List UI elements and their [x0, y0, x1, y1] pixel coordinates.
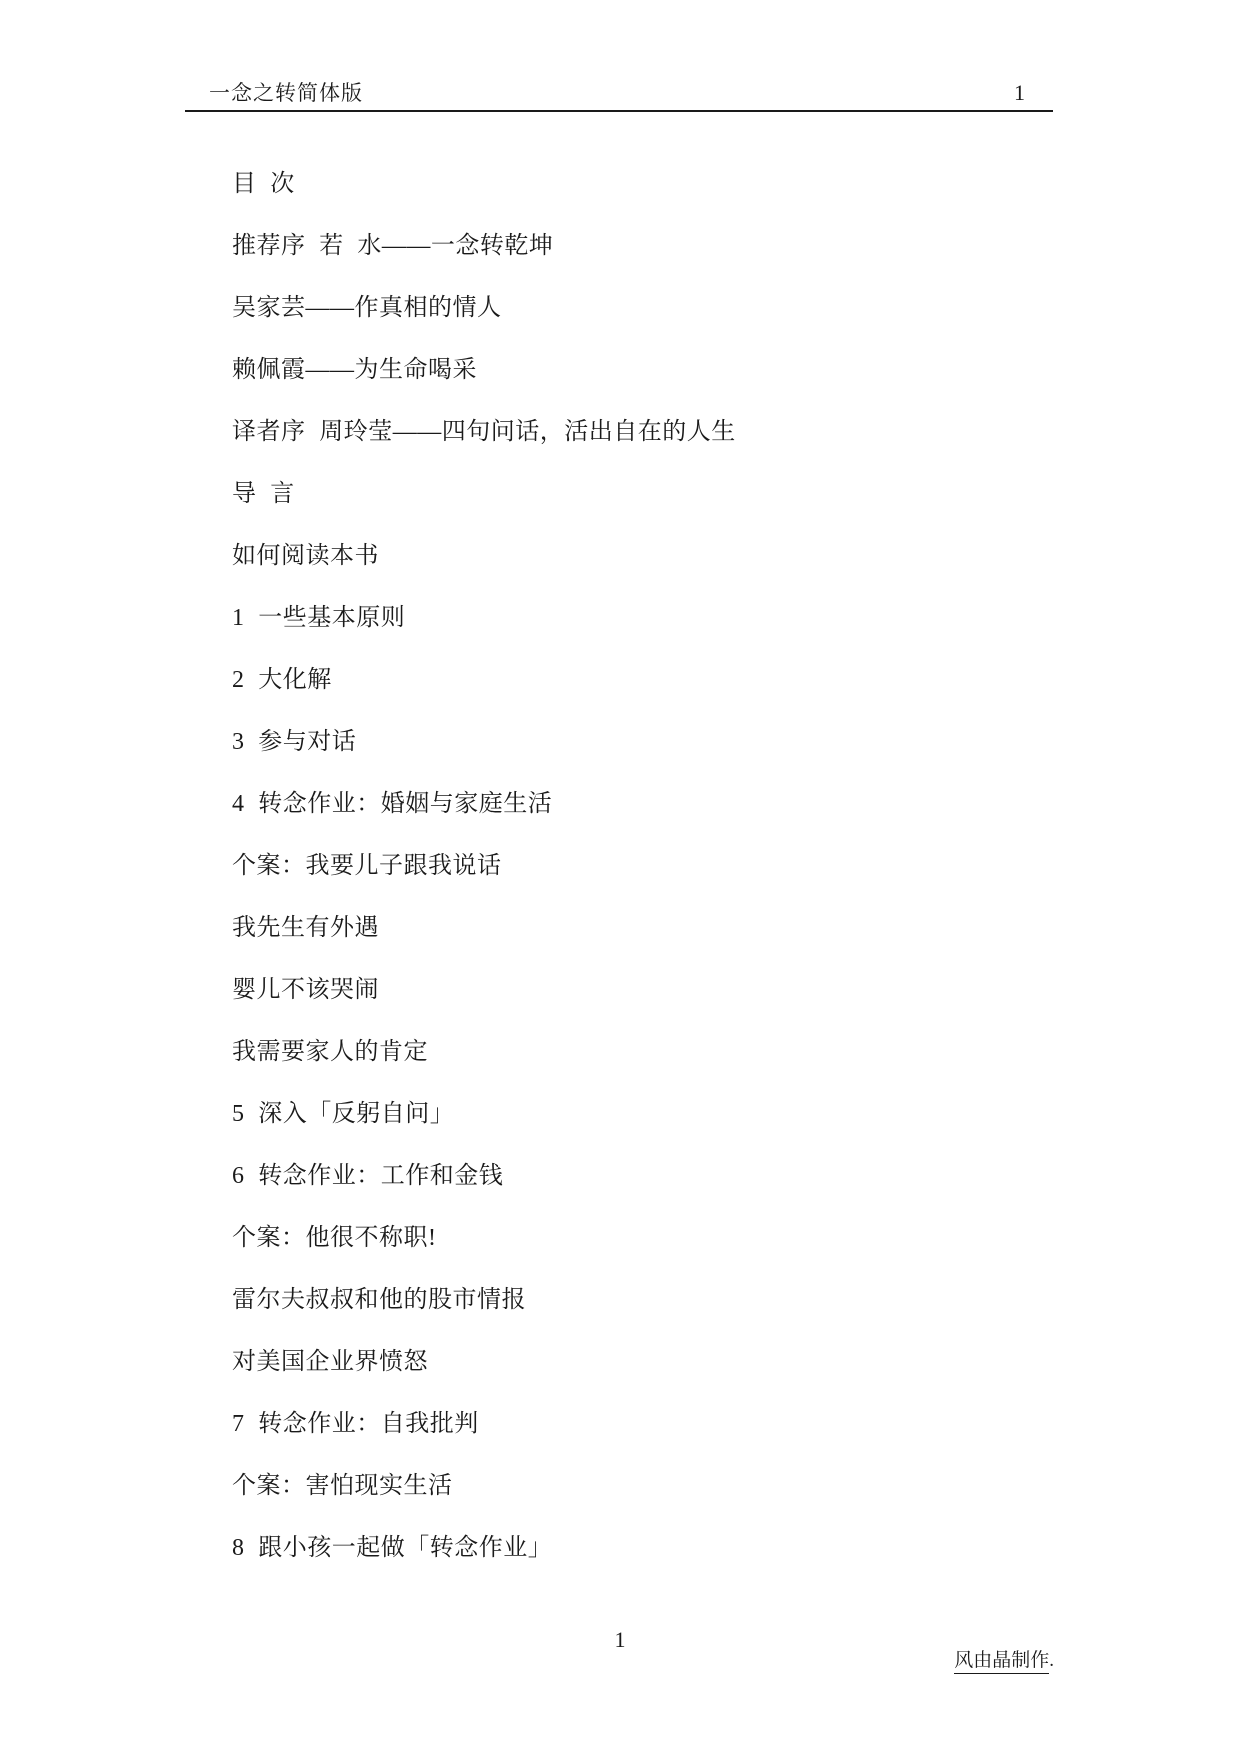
page-header: 一念之转简体版 1 [185, 82, 1053, 112]
toc-line: 8 跟小孩一起做「转念作业」 [232, 1517, 1092, 1579]
toc-line: 4 转念作业：婚姻与家庭生活 [232, 773, 1092, 835]
toc-line: 7 转念作业：自我批判 [232, 1393, 1092, 1455]
toc-line: 吴家芸――作真相的情人 [232, 277, 1092, 339]
toc-line: 个案：我要儿子跟我说话 [232, 835, 1092, 897]
toc-line: 目 次 [232, 153, 1092, 215]
toc-line: 对美国企业界愤怒 [232, 1331, 1092, 1393]
toc-line: 译者序 周玲莹――四句问话，活出自在的人生 [232, 401, 1092, 463]
toc-line: 6 转念作业：工作和金钱 [232, 1145, 1092, 1207]
header-title: 一念之转简体版 [185, 82, 363, 104]
toc-line: 推荐序 若 水――一念转乾坤 [232, 215, 1092, 277]
toc-line: 如何阅读本书 [232, 525, 1092, 587]
toc-line: 5 深入「反躬自问」 [232, 1083, 1092, 1145]
toc-line: 婴儿不该哭闹 [232, 959, 1092, 1021]
toc-line: 1 一些基本原则 [232, 587, 1092, 649]
toc-line: 我需要家人的肯定 [232, 1021, 1092, 1083]
toc-line: 赖佩霞――为生命喝采 [232, 339, 1092, 401]
footer-credit: 风由晶制作. [935, 1629, 1054, 1692]
footer-page-number: 1 [0, 1628, 1240, 1652]
document-page: 一念之转简体版 1 目 次推荐序 若 水――一念转乾坤吴家芸――作真相的情人赖佩… [0, 0, 1240, 1755]
footer-credit-link[interactable]: 风由晶制作 [954, 1650, 1049, 1674]
toc-list: 目 次推荐序 若 水――一念转乾坤吴家芸――作真相的情人赖佩霞――为生命喝采译者… [232, 153, 1092, 1579]
footer-credit-suffix: . [1049, 1650, 1054, 1671]
toc-line: 个案：他很不称职! [232, 1207, 1092, 1269]
toc-line: 3 参与对话 [232, 711, 1092, 773]
toc-line: 导 言 [232, 463, 1092, 525]
header-page-number: 1 [1014, 82, 1053, 104]
toc-line: 个案：害怕现实生活 [232, 1455, 1092, 1517]
toc-line: 2 大化解 [232, 649, 1092, 711]
toc-line: 我先生有外遇 [232, 897, 1092, 959]
toc-line: 雷尔夫叔叔和他的股市情报 [232, 1269, 1092, 1331]
